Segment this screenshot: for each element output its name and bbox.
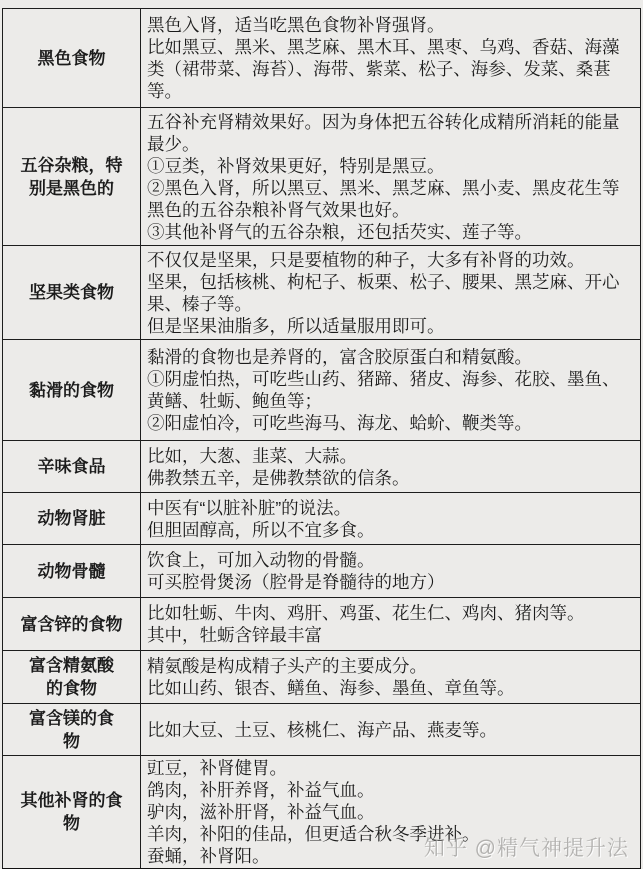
description-line: 黑色入肾，适当吃黑色食物补肾强肾。 xyxy=(147,14,634,36)
description-line: ②黑色入肾，所以黑豆、黑米、黑芝麻、黑小麦、黑皮花生等黑色的五谷杂粮补肾气效果也… xyxy=(147,177,634,221)
description-line: 比如牡蛎、牛肉、鸡肝、鸡蛋、花生仁、鸡肉、猪肉等。 xyxy=(147,602,634,624)
category-cell: 动物肾脏 xyxy=(3,493,141,545)
description-line: 饮食上，可加入动物的骨髓。 xyxy=(147,549,634,571)
category-cell: 动物骨髓 xyxy=(3,545,141,598)
description-line: 比如黑豆、黑米、黑芝麻、黑木耳、黑枣、乌鸡、香菇、海藻类（裙带菜、海苔）、海带、… xyxy=(147,36,634,102)
table-row: 富含精氨酸 的食物精氨酸是构成精子头产的主要成分。比如山药、银杏、鳝鱼、海参、墨… xyxy=(3,651,641,704)
description-line: 豇豆，补肾健胃。 xyxy=(147,757,634,779)
table-row: 黏滑的食物黏滑的食物也是养肾的，富含胶原蛋白和精氨酸。①阴虚怕热，可吃些山药、猪… xyxy=(3,340,641,441)
category-cell: 富含锌的食物 xyxy=(3,598,141,651)
table-row: 其他补肾的食 物豇豆，补肾健胃。鸽肉，补肝养肾，补益气血。驴肉，滋补肝肾，补益气… xyxy=(3,756,641,869)
description-cell: 黏滑的食物也是养肾的，富含胶原蛋白和精氨酸。①阴虚怕热，可吃些山药、猪蹄、猪皮、… xyxy=(141,340,641,441)
description-line: 五谷补充肾精效果好。因为身体把五谷转化成精所消耗的能量最少。 xyxy=(147,111,634,155)
description-line: 黏滑的食物也是养肾的，富含胶原蛋白和精氨酸。 xyxy=(147,346,634,368)
table-row: 黑色食物黑色入肾，适当吃黑色食物补肾强肾。比如黑豆、黑米、黑芝麻、黑木耳、黑枣、… xyxy=(3,9,641,108)
description-line: ②阳虚怕冷，可吃些海马、海龙、蛤蚧、鞭类等。 xyxy=(147,412,634,434)
description-line: 中医有“以脏补脏”的说法。 xyxy=(147,497,634,519)
description-line: 比如山药、银杏、鳝鱼、海参、墨鱼、章鱼等。 xyxy=(147,677,634,699)
description-line: 蚕蛹，补肾阳。 xyxy=(147,845,634,867)
description-line: 但是坚果油脂多，所以适量服用即可。 xyxy=(147,315,634,337)
description-cell: 饮食上，可加入动物的骨髓。可买腔骨煲汤（腔骨是脊髓待的地方） xyxy=(141,545,641,598)
category-cell: 五谷杂粮，特 别是黑色的 xyxy=(3,108,141,246)
description-cell: 精氨酸是构成精子头产的主要成分。比如山药、银杏、鳝鱼、海参、墨鱼、章鱼等。 xyxy=(141,651,641,704)
description-line: 比如，大葱、韭菜、大蒜。 xyxy=(147,445,634,467)
description-line: 坚果，包括核桃、枸杞子、板栗、松子、腰果、黑芝麻、开心果、榛子等。 xyxy=(147,271,634,315)
description-line: 不仅仅是坚果，只是要植物的种子，大多有补肾的功效。 xyxy=(147,249,634,271)
description-line: 可买腔骨煲汤（腔骨是脊髓待的地方） xyxy=(147,571,634,593)
description-cell: 比如大豆、土豆、核桃仁、海产品、燕麦等。 xyxy=(141,704,641,756)
category-cell: 富含镁的食 物 xyxy=(3,704,141,756)
category-cell: 坚果类食物 xyxy=(3,246,141,340)
description-line: 比如大豆、土豆、核桃仁、海产品、燕麦等。 xyxy=(147,719,634,741)
category-cell: 黏滑的食物 xyxy=(3,340,141,441)
table-row: 富含锌的食物比如牡蛎、牛肉、鸡肝、鸡蛋、花生仁、鸡肉、猪肉等。其中，牡蛎含锌最丰… xyxy=(3,598,641,651)
kidney-foods-table: 黑色食物黑色入肾，适当吃黑色食物补肾强肾。比如黑豆、黑米、黑芝麻、黑木耳、黑枣、… xyxy=(2,8,641,869)
description-line: ③其他补肾气的五谷杂粮，还包括芡实、莲子等。 xyxy=(147,221,634,243)
description-cell: 中医有“以脏补脏”的说法。但胆固醇高，所以不宜多食。 xyxy=(141,493,641,545)
description-cell: 五谷补充肾精效果好。因为身体把五谷转化成精所消耗的能量最少。①豆类，补肾效果更好… xyxy=(141,108,641,246)
description-cell: 黑色入肾，适当吃黑色食物补肾强肾。比如黑豆、黑米、黑芝麻、黑木耳、黑枣、乌鸡、香… xyxy=(141,9,641,108)
description-line: ①豆类，补肾效果更好，特别是黑豆。 xyxy=(147,155,634,177)
category-cell: 辛味食品 xyxy=(3,441,141,493)
table-row: 动物骨髓饮食上，可加入动物的骨髓。可买腔骨煲汤（腔骨是脊髓待的地方） xyxy=(3,545,641,598)
category-cell: 其他补肾的食 物 xyxy=(3,756,141,869)
table-row: 辛味食品比如，大葱、韭菜、大蒜。佛教禁五辛，是佛教禁欲的信条。 xyxy=(3,441,641,493)
description-cell: 比如牡蛎、牛肉、鸡肝、鸡蛋、花生仁、鸡肉、猪肉等。其中，牡蛎含锌最丰富 xyxy=(141,598,641,651)
description-cell: 比如，大葱、韭菜、大蒜。佛教禁五辛，是佛教禁欲的信条。 xyxy=(141,441,641,493)
category-cell: 富含精氨酸 的食物 xyxy=(3,651,141,704)
description-line: 精氨酸是构成精子头产的主要成分。 xyxy=(147,655,634,677)
table-row: 富含镁的食 物比如大豆、土豆、核桃仁、海产品、燕麦等。 xyxy=(3,704,641,756)
table-row: 五谷杂粮，特 别是黑色的五谷补充肾精效果好。因为身体把五谷转化成精所消耗的能量最… xyxy=(3,108,641,246)
description-line: 其中，牡蛎含锌最丰富 xyxy=(147,624,634,646)
description-line: ①阴虚怕热，可吃些山药、猪蹄、猪皮、海参、花胶、墨鱼、黄鳝、牡蛎、鲍鱼等； xyxy=(147,368,634,412)
description-line: 但胆固醇高，所以不宜多食。 xyxy=(147,519,634,541)
description-line: 羊肉，补阳的佳品，但更适合秋冬季进补。 xyxy=(147,823,634,845)
table-row: 坚果类食物不仅仅是坚果，只是要植物的种子，大多有补肾的功效。坚果，包括核桃、枸杞… xyxy=(3,246,641,340)
category-cell: 黑色食物 xyxy=(3,9,141,108)
description-line: 鸽肉，补肝养肾，补益气血。 xyxy=(147,779,634,801)
description-cell: 不仅仅是坚果，只是要植物的种子，大多有补肾的功效。坚果，包括核桃、枸杞子、板栗、… xyxy=(141,246,641,340)
table-row: 动物肾脏中医有“以脏补脏”的说法。但胆固醇高，所以不宜多食。 xyxy=(3,493,641,545)
table-body: 黑色食物黑色入肾，适当吃黑色食物补肾强肾。比如黑豆、黑米、黑芝麻、黑木耳、黑枣、… xyxy=(3,9,641,869)
description-line: 佛教禁五辛，是佛教禁欲的信条。 xyxy=(147,467,634,489)
description-line: 驴肉，滋补肝肾，补益气血。 xyxy=(147,801,634,823)
kidney-foods-document: 黑色食物黑色入肾，适当吃黑色食物补肾强肾。比如黑豆、黑米、黑芝麻、黑木耳、黑枣、… xyxy=(0,0,643,869)
description-cell: 豇豆，补肾健胃。鸽肉，补肝养肾，补益气血。驴肉，滋补肝肾，补益气血。羊肉，补阳的… xyxy=(141,756,641,869)
